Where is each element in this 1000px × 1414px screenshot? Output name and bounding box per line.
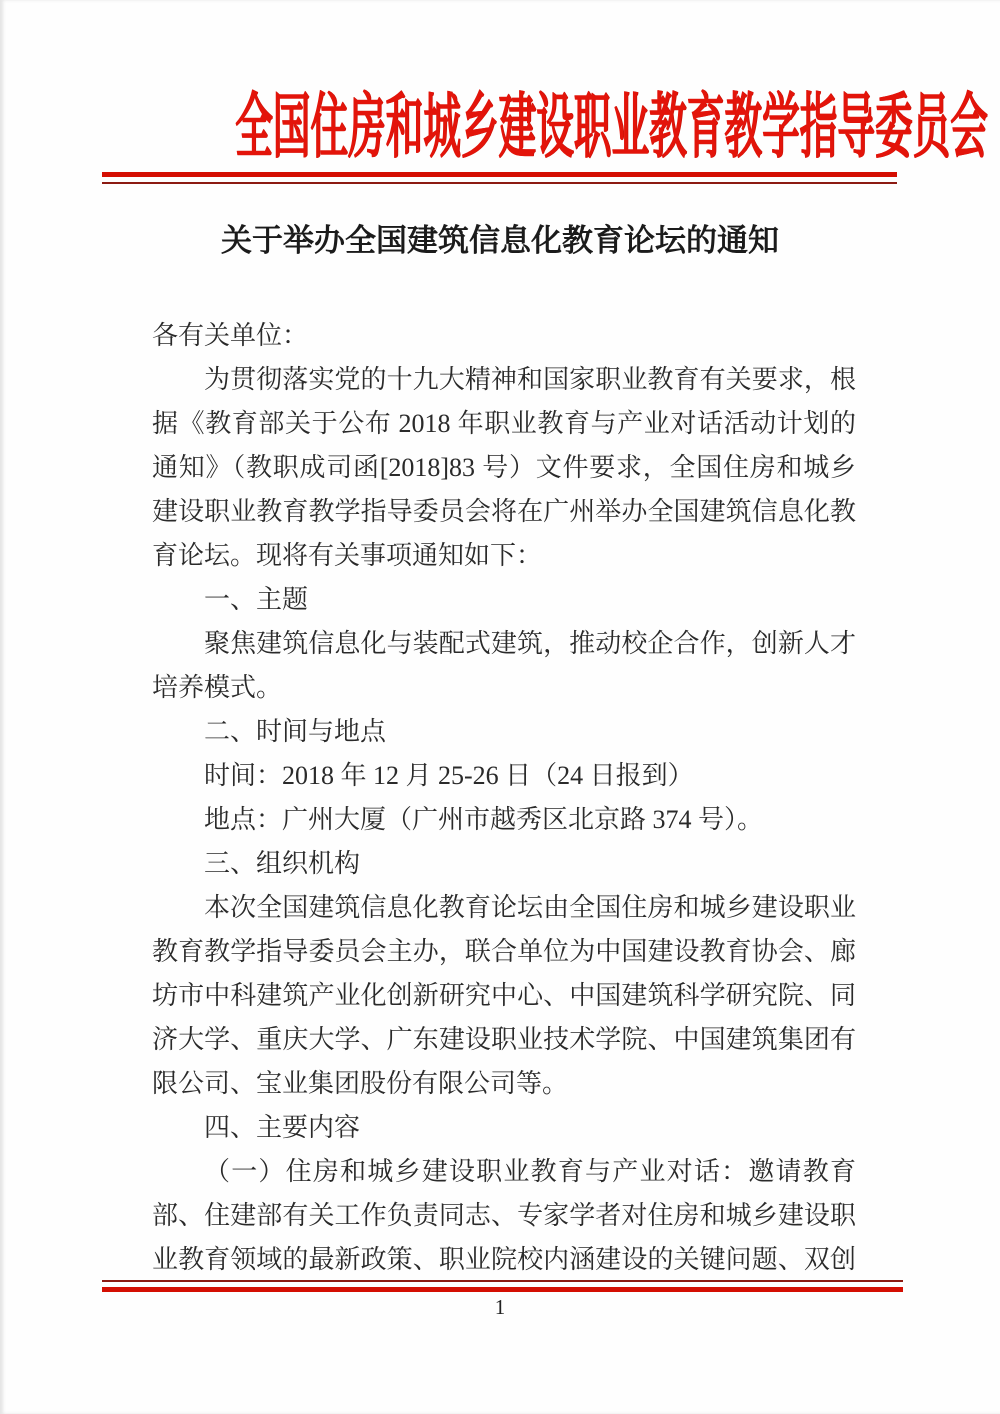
footer-rule-thick [102, 1287, 903, 1292]
document-title: 关于举办全国建筑信息化教育论坛的通知 [0, 222, 1000, 260]
footer-rule-thin [102, 1280, 903, 1282]
body-paragraph-time: 时间：2018 年 12 月 25-26 日（24 日报到） [152, 754, 856, 798]
page-number: 1 [0, 1295, 1000, 1319]
body-paragraph-theme: 聚焦建筑信息化与装配式建筑，推动校企合作，创新人才培养模式。 [152, 622, 856, 710]
section-heading-1-theme: 一、主题 [152, 578, 856, 622]
letterhead-rule-thick [102, 172, 897, 177]
body-paragraph-dialogue: （一）住房和城乡建设职业教育与产业对话：邀请教育部、住建部有关工作负责同志、专家… [152, 1150, 856, 1280]
section-heading-3-organization: 三、组织机构 [152, 842, 856, 886]
body-paragraph-organizers: 本次全国建筑信息化教育论坛由全国住房和城乡建设职业教育教学指导委员会主办，联合单… [152, 886, 856, 1106]
body-paragraph-intro: 为贯彻落实党的十九大精神和国家职业教育有关要求，根据《教育部关于公布 2018 … [152, 358, 856, 578]
scanned-notice-page: 全国住房和城乡建设职业教育教学指导委员会 关于举办全国建筑信息化教育论坛的通知 … [0, 0, 1000, 1414]
document-body: 各有关单位： 为贯彻落实党的十九大精神和国家职业教育有关要求，根据《教育部关于公… [152, 314, 856, 1280]
salutation: 各有关单位： [152, 314, 856, 358]
letterhead-rule-thin [102, 182, 897, 184]
section-heading-2-time-place: 二、时间与地点 [152, 710, 856, 754]
body-paragraph-place: 地点：广州大厦（广州市越秀区北京路 374 号）。 [152, 798, 856, 842]
letterhead-org-name: 全国住房和城乡建设职业教育教学指导委员会 [235, 92, 765, 164]
section-heading-4-content: 四、主要内容 [152, 1106, 856, 1150]
